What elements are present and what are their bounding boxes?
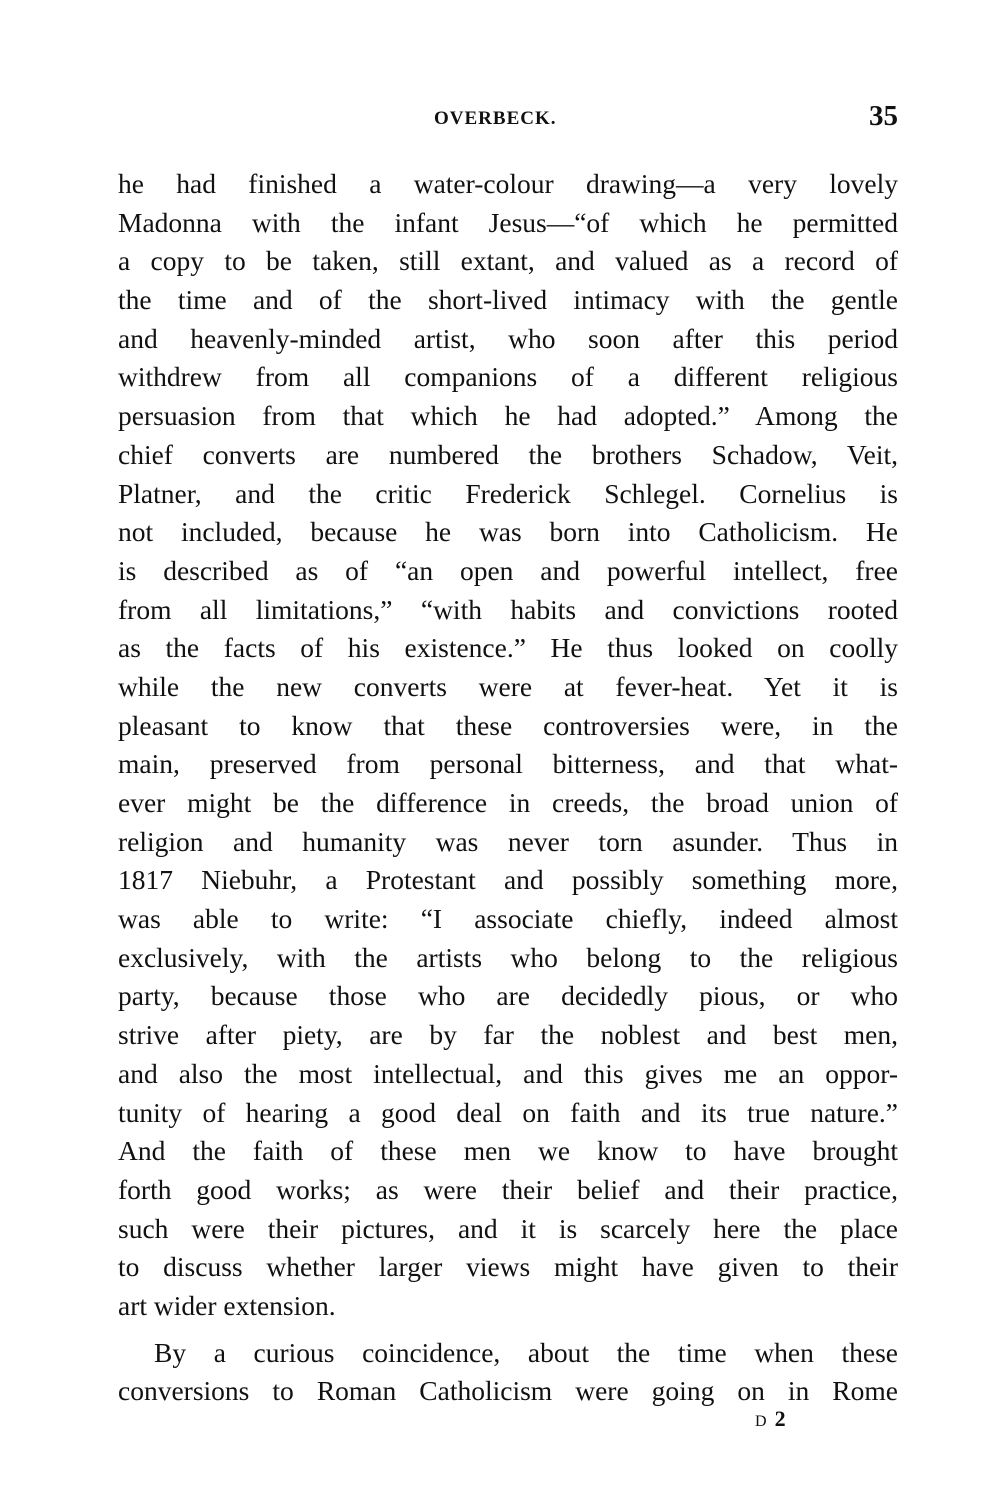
body-text: he had finished a water-colour drawing—a… (118, 165, 898, 1411)
text-line: the time and of the short-lived intimacy… (118, 281, 898, 320)
text-line: withdrew from all companions of a differ… (118, 358, 898, 397)
text-line: forth good works; as were their belief a… (118, 1171, 898, 1210)
signature-number: 2 (775, 1406, 786, 1431)
text-line: By a curious coincidence, about the time… (118, 1334, 898, 1373)
text-line: strive after piety, are by far the noble… (118, 1016, 898, 1055)
text-line: such were their pictures, and it is scar… (118, 1210, 898, 1249)
text-line: 1817 Niebuhr, a Protestant and possibly … (118, 861, 898, 900)
text-line: religion and humanity was never torn asu… (118, 823, 898, 862)
text-line: party, because those who are decidedly p… (118, 977, 898, 1016)
text-line: ever might be the difference in creeds, … (118, 784, 898, 823)
text-line: he had finished a water-colour drawing—a… (118, 165, 898, 204)
text-line: to discuss whether larger views might ha… (118, 1248, 898, 1287)
signature-letter: D (755, 1413, 767, 1430)
text-line: a copy to be taken, still extant, and va… (118, 242, 898, 281)
text-line: and also the most intellectual, and this… (118, 1055, 898, 1094)
running-head: OVERBECK. 35 (118, 104, 898, 134)
text-line: is described as of “an open and powerful… (118, 552, 898, 591)
text-line: And the faith of these men we know to ha… (118, 1132, 898, 1171)
text-line: persuasion from that which he had adopte… (118, 397, 898, 436)
text-line: while the new converts were at fever-hea… (118, 668, 898, 707)
text-line: tunity of hearing a good deal on faith a… (118, 1094, 898, 1133)
text-line: main, preserved from personal bitterness… (118, 745, 898, 784)
text-line: chief converts are numbered the brothers… (118, 436, 898, 475)
text-line: Platner, and the critic Frederick Schleg… (118, 475, 898, 514)
signature-mark: D2 (755, 1406, 786, 1432)
text-line: art wider extension. (118, 1287, 898, 1326)
text-line: as the facts of his existence.” He thus … (118, 629, 898, 668)
running-title: OVERBECK. (434, 108, 557, 130)
paragraph-2: By a curious coincidence, about the time… (118, 1334, 898, 1411)
text-line: was able to write: “I associate chiefly,… (118, 900, 898, 939)
text-line: from all limitations,” “with habits and … (118, 591, 898, 630)
page-number: 35 (869, 100, 898, 133)
paragraph-1: he had finished a water-colour drawing—a… (118, 165, 898, 1326)
text-line: not included, because he was born into C… (118, 513, 898, 552)
text-line: Madonna with the infant Jesus—“of which … (118, 204, 898, 243)
text-line: exclusively, with the artists who belong… (118, 939, 898, 978)
text-line: and heavenly-minded artist, who soon aft… (118, 320, 898, 359)
text-line: pleasant to know that these controversie… (118, 707, 898, 746)
book-page: OVERBECK. 35 he had finished a water-col… (0, 0, 1000, 1507)
paragraph-gap (118, 1326, 898, 1334)
